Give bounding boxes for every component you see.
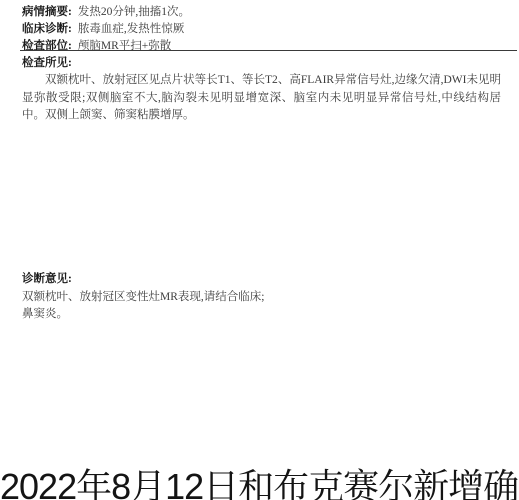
field-label-clinical-diagnosis: 临床诊断: xyxy=(22,22,72,36)
findings-heading: 检查所见: xyxy=(22,56,72,70)
field-label-condition-summary: 病情摘要: xyxy=(22,5,72,19)
findings-body: 双额枕叶、放射冠区见点片状等长T1、等长T2、高FLAIR异常信号灶,边缘欠清,… xyxy=(22,72,501,125)
field-row-clinical-diagnosis: 临床诊断: 脓毒血症,发热性惊厥 xyxy=(22,22,184,36)
field-value-clinical-diagnosis: 脓毒血症,发热性惊厥 xyxy=(78,22,184,36)
page: 病情摘要: 发热20分钟,抽搐1次。 临床诊断: 脓毒血症,发热性惊厥 检查部位… xyxy=(0,0,519,500)
section-divider xyxy=(20,50,517,51)
field-value-condition-summary: 发热20分钟,抽搐1次。 xyxy=(78,5,190,19)
page-title: 2022年8月12日和布克赛尔新增确诊病例情况 xyxy=(0,466,519,500)
impression-line: 鼻窦炎。 xyxy=(22,307,68,321)
impression-heading: 诊断意见: xyxy=(22,272,72,286)
field-row-condition-summary: 病情摘要: 发热20分钟,抽搐1次。 xyxy=(22,5,190,19)
impression-line: 双额枕叶、放射冠区变性灶MR表现,请结合临床; xyxy=(22,290,264,304)
